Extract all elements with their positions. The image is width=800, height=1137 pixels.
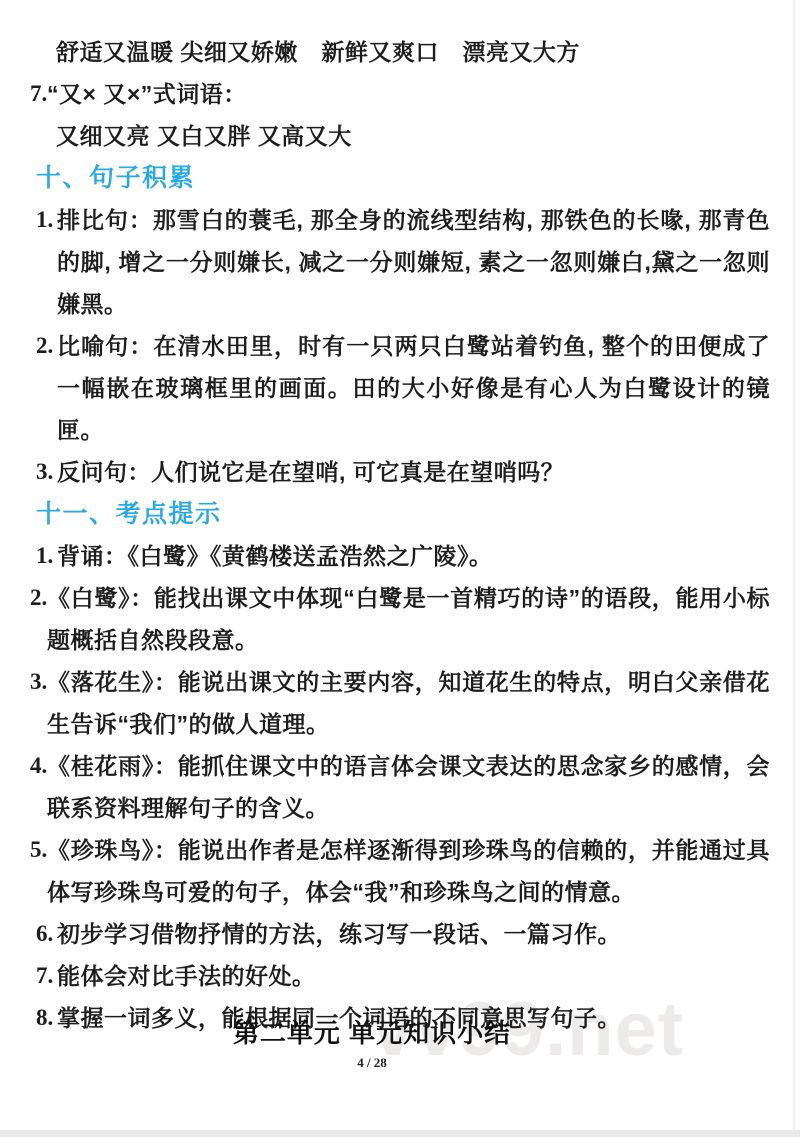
page-content: 舒适又温暖 尖细又娇嫩 新鲜又爽口 漂亮又大方 7. “又× 又×”式词语： 又… (0, 0, 800, 1039)
sentence-item-1: 1. 排比句：那雪白的蓑毛, 那全身的流线型结构, 那铁色的长喙, 那青色的脚,… (0, 199, 800, 325)
item-number: 7. (30, 73, 47, 115)
item-number: 3. (36, 451, 53, 493)
item-number: 6. (36, 913, 53, 955)
item-number: 1. (36, 535, 53, 577)
item-text: 背诵：《白鹭》《黄鹤楼送孟浩然之广陵》。 (57, 543, 493, 569)
list-item-word-pattern-7: 7. “又× 又×”式词语： (0, 73, 800, 115)
item-text: 《桂花雨》：能抓住课文中的语言体会课文表达的思念家乡的感情，会联系资料理解句子的… (47, 753, 770, 821)
section-heading-exam-tips: 十一、考点提示 (0, 493, 800, 535)
tip-item-2: 2. 《白鹭》：能找出课文中体现“白鹭是一首精巧的诗”的语段，能用小标题概括自然… (0, 577, 800, 661)
tip-item-3: 3. 《落花生》：能说出课文的主要内容，知道花生的特点，明白父亲借花生告诉“我们… (0, 661, 800, 745)
tip-item-5: 5. 《珍珠鸟》：能说出作者是怎样逐渐得到珍珠鸟的信赖的，并能通过具体写珍珠鸟可… (0, 829, 800, 913)
item-text: 能体会对比手法的好处。 (57, 963, 316, 989)
tip-item-4: 4. 《桂花雨》：能抓住课文中的语言体会课文表达的思念家乡的感情，会联系资料理解… (0, 745, 800, 829)
sentence-item-3: 3. 反问句：人们说它是在望哨, 可它真是在望哨吗？ (0, 451, 800, 493)
item-text: 初步学习借物抒情的方法，练习写一段话、一篇习作。 (57, 921, 621, 947)
sentence-item-2: 2. 比喻句：在清水田里，时有一只两只白鹭站着钓鱼, 整个的田便成了一幅嵌在玻璃… (0, 325, 800, 451)
item-text: “又× 又×”式词语： (47, 81, 247, 107)
item-text: 《落花生》：能说出课文的主要内容，知道花生的特点，明白父亲借花生告诉“我们”的做… (47, 669, 770, 737)
document-page: vv99.net 舒适又温暖 尖细又娇嫩 新鲜又爽口 漂亮又大方 7. “又× … (0, 0, 800, 1137)
word-examples-line: 舒适又温暖 尖细又娇嫩 新鲜又爽口 漂亮又大方 (0, 31, 800, 73)
section-heading-sentence-accumulation: 十、句子积累 (0, 157, 800, 199)
item-text: 《白鹭》：能找出课文中体现“白鹭是一首精巧的诗”的语段，能用小标题概括自然段段意… (47, 585, 770, 653)
item-text: 《珍珠鸟》：能说出作者是怎样逐渐得到珍珠鸟的信赖的，并能通过具体写珍珠鸟可爱的句… (47, 837, 770, 905)
page-number: 4 / 28 (0, 1053, 744, 1073)
item-text: 比喻句：在清水田里，时有一只两只白鹭站着钓鱼, 整个的田便成了一幅嵌在玻璃框里的… (57, 333, 770, 443)
word-pattern-examples-line: 又细又亮 又白又胖 又高又大 (0, 115, 800, 157)
tip-item-7: 7. 能体会对比手法的好处。 (0, 955, 800, 997)
bottom-edge-bar (0, 1130, 800, 1137)
item-text: 排比句：那雪白的蓑毛, 那全身的流线型结构, 那铁色的长喙, 那青色的脚, 增之… (57, 207, 770, 317)
item-number: 4. (30, 745, 47, 787)
page-footer: 第二单元 单元知识小结 4 / 28 (0, 1018, 744, 1073)
item-number: 2. (30, 577, 47, 619)
item-number: 1. (36, 199, 53, 241)
tip-item-6: 6. 初步学习借物抒情的方法，练习写一段话、一篇习作。 (0, 913, 800, 955)
right-edge-line (793, 0, 795, 1130)
item-number: 5. (30, 829, 47, 871)
item-number: 2. (36, 325, 53, 367)
item-text: 反问句：人们说它是在望哨, 可它真是在望哨吗？ (57, 459, 564, 485)
unit-summary-title: 第二单元 单元知识小结 (0, 1018, 744, 1048)
item-number: 7. (36, 955, 53, 997)
tip-item-1: 1. 背诵：《白鹭》《黄鹤楼送孟浩然之广陵》。 (0, 535, 800, 577)
item-number: 3. (30, 661, 47, 703)
